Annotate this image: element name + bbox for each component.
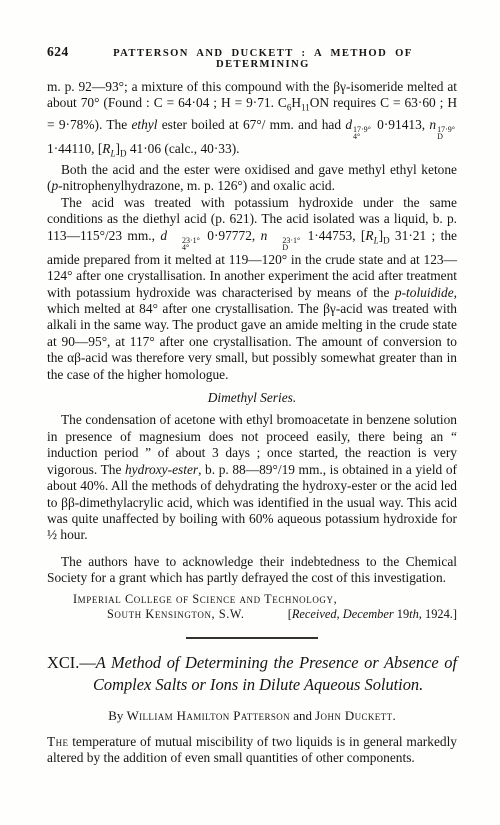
running-head: 624 PATTERSON AND DUCKETT : A METHOD OF … (47, 44, 457, 70)
address-line-2: South Kensington, S.W. (107, 607, 245, 622)
paragraph-intro: The temperature of mutual miscibility of… (47, 734, 457, 767)
paragraph-hydroxide-treatment: The acid was treated with potassium hydr… (47, 195, 457, 384)
journal-page: 624 PATTERSON AND DUCKETT : A METHOD OF … (0, 0, 500, 825)
address-row: South Kensington, S.W. [Received, Decemb… (47, 607, 457, 622)
running-title: PATTERSON AND DUCKETT : A METHOD OF DETE… (69, 48, 457, 70)
next-article: XCI.—A Method of Determining the Presenc… (47, 652, 457, 767)
article-intro: The temperature of mutual miscibility of… (47, 734, 457, 767)
paragraph-oxidation: Both the acid and the ester were oxidise… (47, 162, 457, 195)
paragraph-acknowledgement: The authors have to acknowledge their in… (47, 554, 457, 587)
section-heading-dimethyl-series: Dimethyl Series. (47, 390, 457, 406)
article-divider-rule (186, 637, 318, 639)
article-byline: By William Hamilton Patterson and John D… (47, 709, 457, 724)
address-block: Imperial College of Science and Technolo… (47, 592, 457, 622)
address-line-1: Imperial College of Science and Technolo… (73, 592, 457, 607)
page-number: 624 (47, 44, 69, 60)
article-title: XCI.—A Method of Determining the Presenc… (47, 652, 457, 696)
paragraph-continuation: m. p. 92—93°; a mixture of this compound… (47, 79, 457, 162)
received-date: [Received, December 19th, 1924.] (288, 607, 457, 622)
previous-article-body: m. p. 92—93°; a mixture of this compound… (47, 79, 457, 622)
paragraph-condensation: The condensation of acetone with ethyl b… (47, 412, 457, 544)
